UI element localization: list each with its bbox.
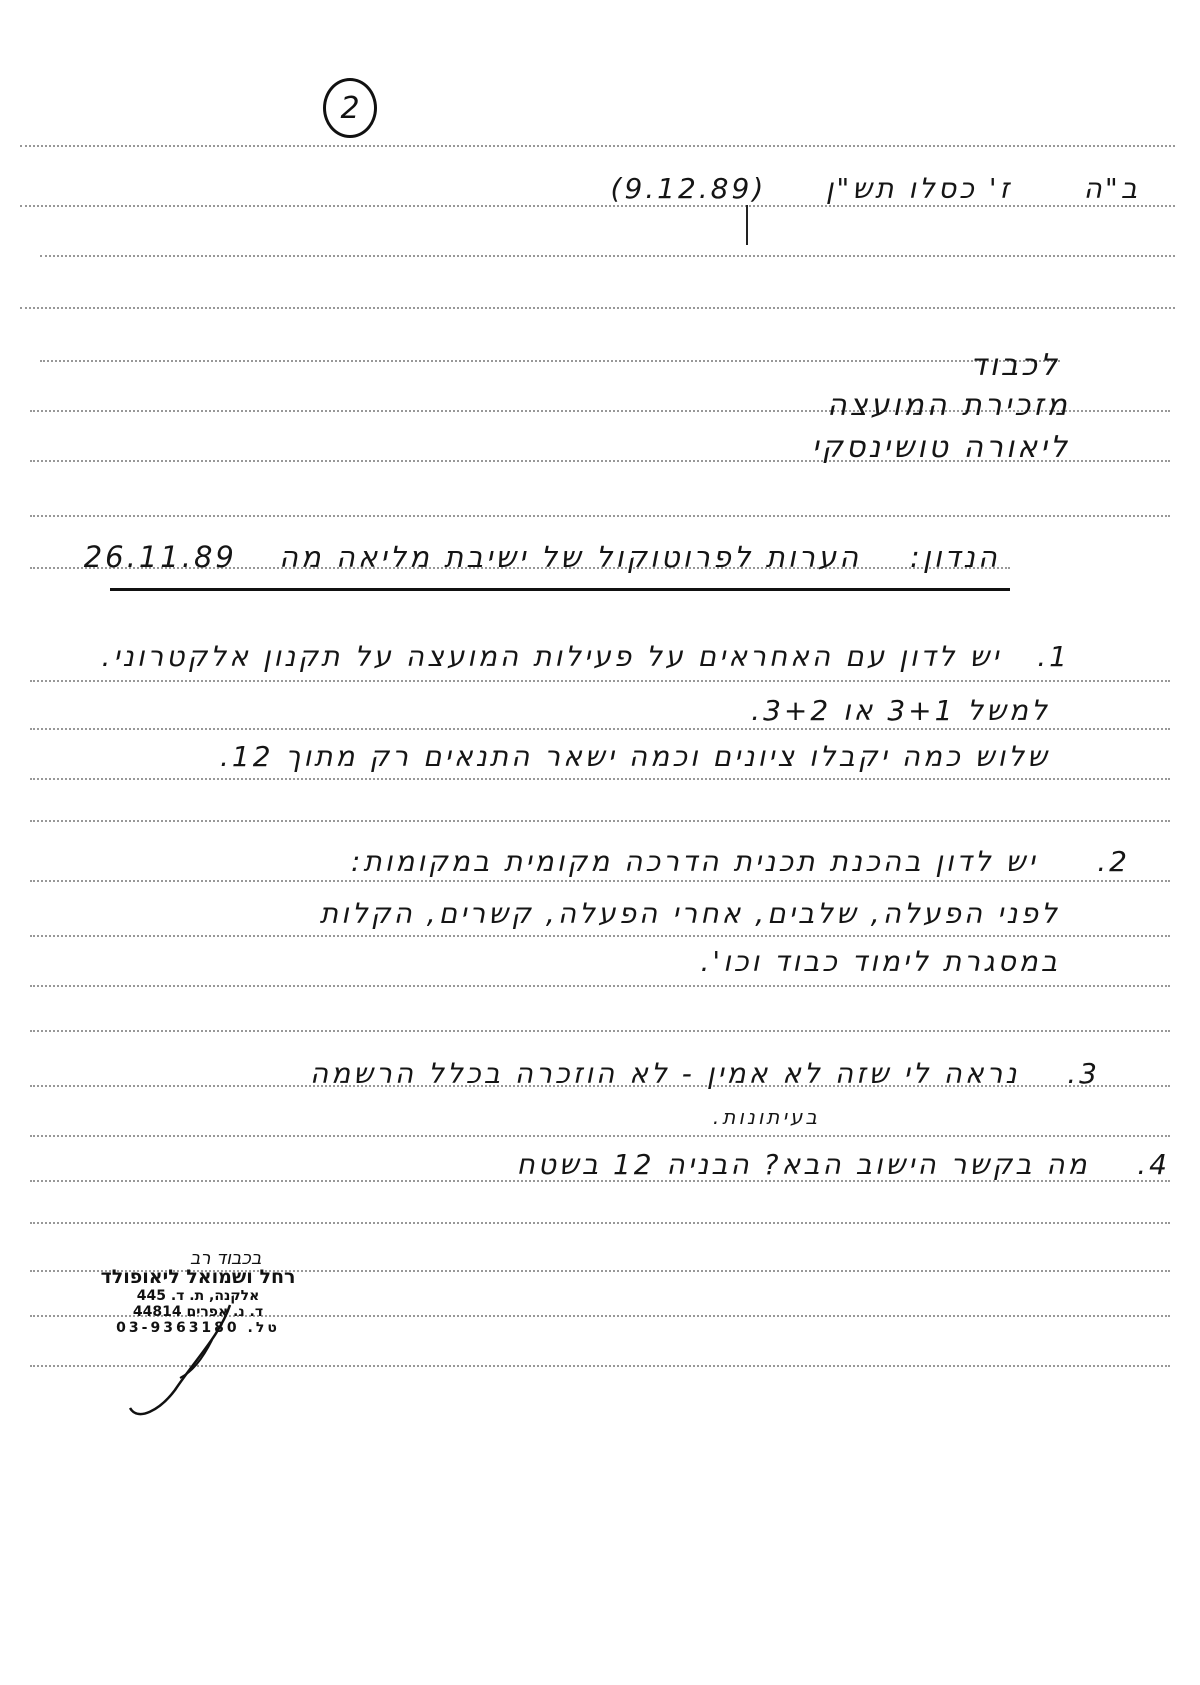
ruled-line <box>30 515 1170 517</box>
item-number: 2. <box>1097 845 1130 878</box>
item-text: יש לדון בהכנת תכנית הדרכה מקומית במקומות… <box>351 845 1038 878</box>
item-number: 3. <box>1067 1057 1100 1090</box>
ruled-line <box>30 778 1170 780</box>
ruled-line <box>20 307 1175 309</box>
stamp-name: רחל ושמואל ליאופולד <box>78 1266 318 1288</box>
ruled-line <box>30 728 1170 730</box>
list-item-1-line-2: למשל 3+1 או 3+2. <box>751 694 1050 727</box>
list-item-2-line-3: במסגרת לימוד כבוד וכו'. <box>701 945 1061 978</box>
date-line: ב"ה ז' כסלו תש"ן (9.12.89) <box>571 172 1140 205</box>
recipient-salutation: לכבוד <box>970 348 1060 383</box>
ruled-line <box>30 820 1170 822</box>
ruled-line <box>30 680 1170 682</box>
subject-label: הנדון: <box>910 540 1000 574</box>
list-item-2-line-1: 2. יש לדון בהכנת תכנית הדרכה מקומית במקו… <box>351 845 1130 878</box>
item-text: נראה לי שזה לא אמין - לא הוזכרה בכלל הרש… <box>310 1057 1020 1090</box>
ruled-line <box>30 985 1170 987</box>
ruled-line <box>20 145 1175 147</box>
recipient-name: ליאורה טושינסקי <box>812 430 1070 465</box>
ruled-line <box>30 1135 1170 1137</box>
gregorian-date: (9.12.89) <box>611 172 767 205</box>
page-number-circle: 2 <box>323 78 377 138</box>
ruled-line <box>40 360 1060 362</box>
list-item-3-line-2: בעיתונות. <box>713 1105 820 1129</box>
item-number: 4. <box>1137 1148 1170 1181</box>
subject-meeting-date: 26.11.89 <box>84 540 237 574</box>
signature-icon <box>120 1300 320 1420</box>
subject-line: הנדון: הערות לפרוטוקול של ישיבת מליאה מה… <box>84 540 1000 574</box>
hebrew-date-prefix: ב"ה <box>1084 172 1140 205</box>
page-number: 2 <box>340 91 359 126</box>
hebrew-date: ז' כסלו תש"ן <box>826 172 1012 205</box>
recipient-title: מזכירת המועצה <box>827 388 1070 423</box>
ruled-line <box>30 1222 1170 1224</box>
list-item-1-line-1: 1. יש לדון עם האחראים על פעילות המועצה ע… <box>101 640 1070 673</box>
subject-underline <box>110 588 1010 591</box>
ruled-line <box>30 1030 1170 1032</box>
subject-text: הערות לפרוטוקול של ישיבת מליאה מה <box>279 540 861 574</box>
item-number: 1. <box>1037 640 1070 673</box>
pen-stroke <box>746 205 748 245</box>
letter-page: 2 ב"ה ז' כסלו תש"ן (9.12.89) לכבוד מזכיר… <box>0 0 1200 1685</box>
ruled-line <box>40 255 1175 257</box>
ruled-line <box>30 880 1170 882</box>
list-item-2-line-2: לפני הפעלה, שלבים, אחרי הפעלה, קשרים, הק… <box>320 897 1060 930</box>
item-text: יש לדון עם האחראים על פעילות המועצה על ת… <box>101 640 1001 673</box>
list-item-4-line-1: 4. מה בקשר הישוב הבא? הבניה 12 בשטח <box>517 1148 1170 1181</box>
ruled-line <box>30 935 1170 937</box>
list-item-3-line-1: 3. נראה לי שזה לא אמין - לא הוזכרה בכלל … <box>310 1057 1100 1090</box>
item-text: מה בקשר הישוב הבא? הבניה 12 בשטח <box>517 1148 1090 1181</box>
ruled-line <box>20 205 1175 207</box>
list-item-1-line-3: שלוש כמה יקבלו ציונים וכמה ישאר התנאים ר… <box>220 740 1050 773</box>
